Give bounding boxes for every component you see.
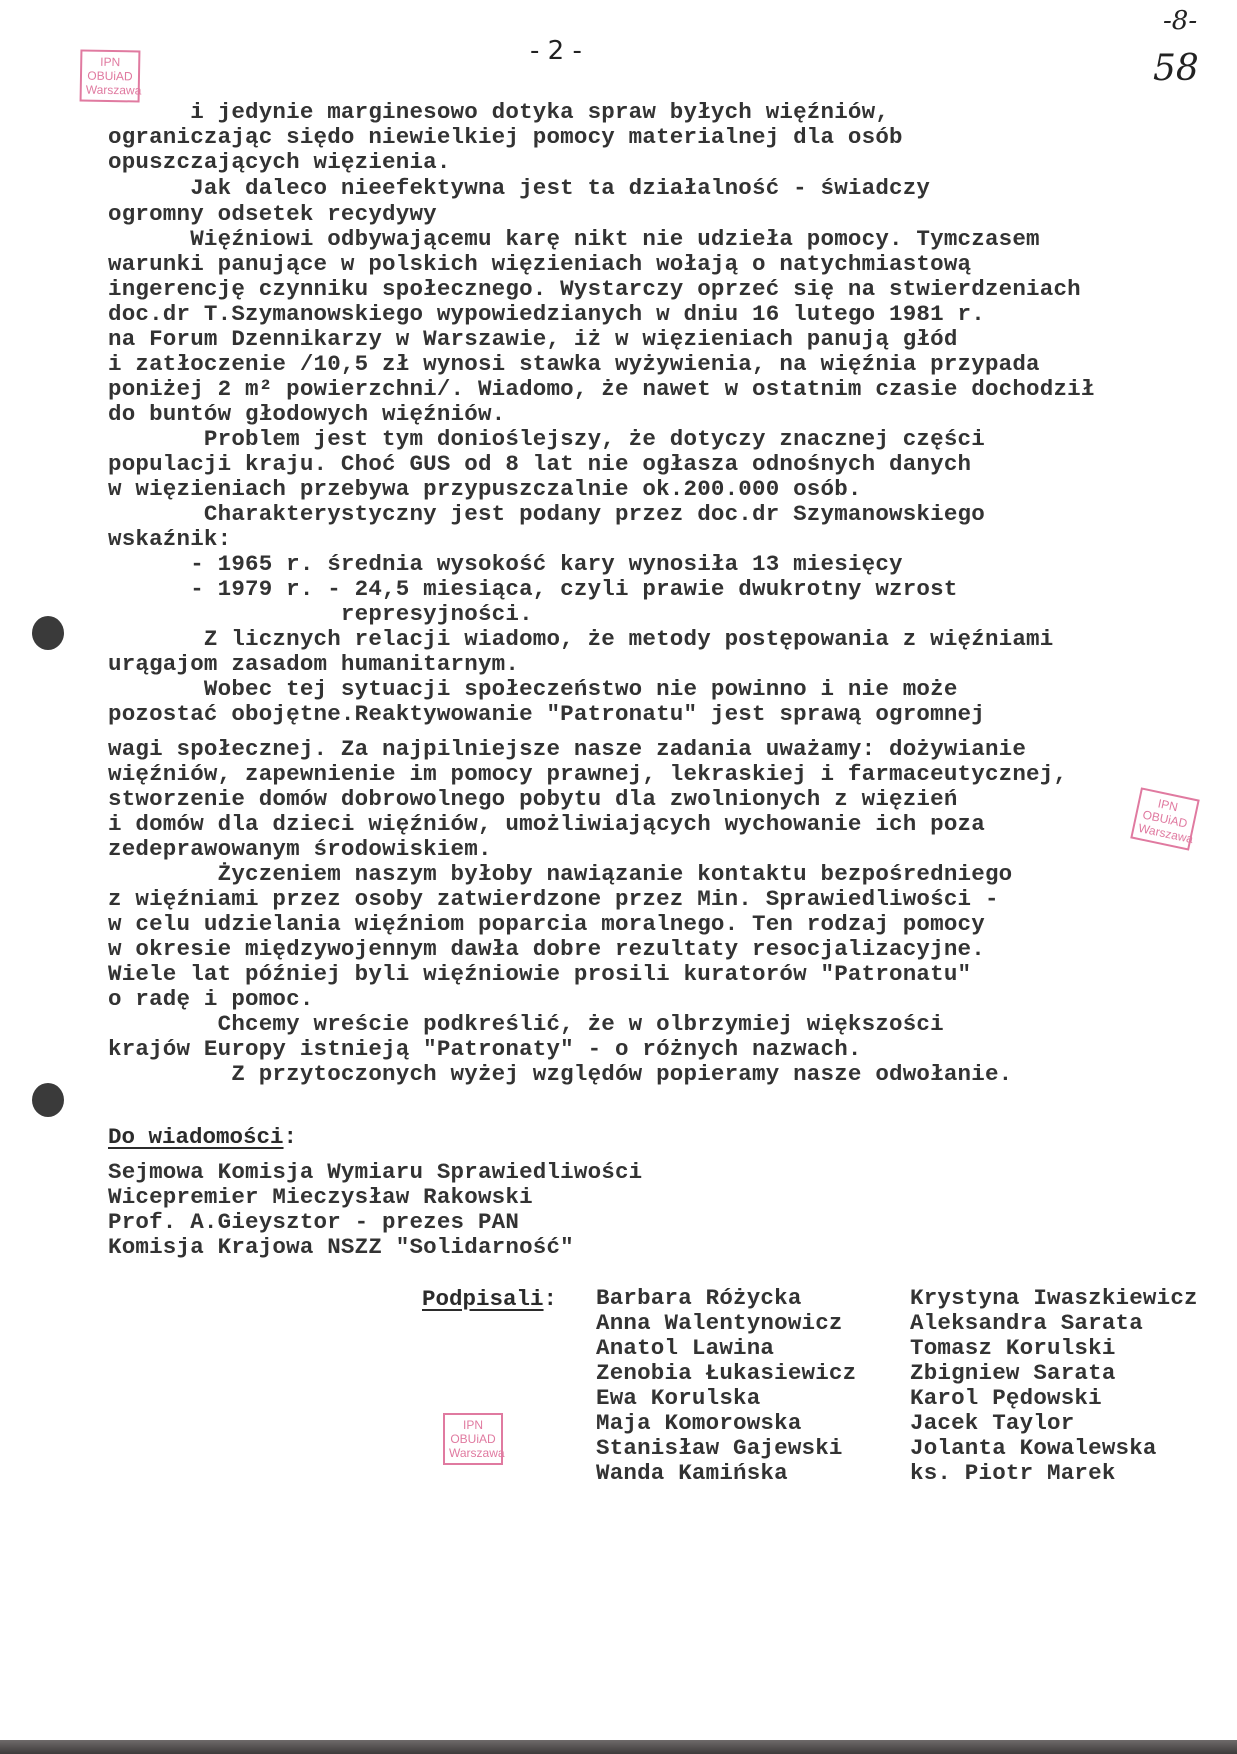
archive-stamp: IPN OBUiAD Warszawa — [1130, 787, 1200, 850]
body-line: Wobec tej sytuacji społeczeństwo nie pow… — [108, 677, 958, 702]
stamp-line: IPN — [449, 1418, 497, 1432]
body-line: warunki panujące w polskich więzieniach … — [108, 252, 971, 277]
signatory: ks. Piotr Marek — [910, 1461, 1198, 1486]
archive-stamp: IPN OBUiAD Warszawa — [443, 1413, 503, 1465]
body-line: więźniów, zapewnienie im pomocy prawnej,… — [108, 762, 1067, 787]
signatory: Jolanta Kowalewska — [910, 1436, 1198, 1461]
signatures-label-colon: : — [544, 1286, 558, 1312]
page-number: - 2 - — [530, 36, 582, 66]
body-line: ograniczając siędo niewielkiej pomocy ma… — [108, 125, 903, 150]
archive-stamp: IPN OBUiAD Warszawa — [80, 49, 141, 102]
body-line: o radę i pomoc. — [108, 987, 314, 1012]
signatory: Barbara Różycka — [596, 1286, 856, 1311]
body-line: i zatłoczenie /10,5 zł wynosi stawka wyż… — [108, 352, 1040, 377]
signatory: Ewa Korulska — [596, 1386, 856, 1411]
body-line: - 1979 r. - 24,5 miesiąca, czyli prawie … — [108, 577, 958, 602]
body-line: wskaźnik: — [108, 527, 231, 552]
signatures-label-text: Podpisali — [422, 1286, 544, 1312]
body-line: i jedynie marginesowo dotyka spraw byłyc… — [108, 100, 889, 125]
signatory: Tomasz Korulski — [910, 1336, 1198, 1361]
body-line: Charakterystyczny jest podany przez doc.… — [108, 502, 985, 527]
body-line: - 1965 r. średnia wysokość kary wynosiła… — [108, 552, 903, 577]
signatory: Anna Walentynowicz — [596, 1311, 856, 1336]
document-page: - 2 - -8- 58 IPN OBUiAD Warszawa IPN OBU… — [0, 0, 1237, 1754]
body-line: opuszczających więzienia. — [108, 150, 451, 175]
body-line: i domów dla dzieci więźniów, umożliwiają… — [108, 812, 985, 837]
signatures-label: Podpisali: — [422, 1286, 557, 1312]
body-line: Chcemy wreście podkreślić, że w olbrzymi… — [108, 1012, 944, 1037]
body-line: Z licznych relacji wiadomo, że metody po… — [108, 627, 1053, 652]
body-line: z więźniami przez osoby zatwierdzone prz… — [108, 887, 999, 912]
punch-hole — [32, 616, 64, 650]
recipient: Komisja Krajowa NSZZ "Solidarność" — [108, 1235, 642, 1260]
handwritten-folio-mark: -8- — [1163, 6, 1197, 36]
body-line: Życzeniem naszym byłoby nawiązanie konta… — [108, 862, 1012, 887]
signatory: Zenobia Łukasiewicz — [596, 1361, 856, 1386]
body-line: w celu udzielania więźniom poparcia mora… — [108, 912, 985, 937]
body-line: do buntów głodowych więźniów. — [108, 402, 505, 427]
recipient: Prof. A.Gieysztor - prezes PAN — [108, 1210, 642, 1235]
recipient: Sejmowa Komisja Wymiaru Sprawiedliwości — [108, 1160, 642, 1185]
signatory: Wanda Kamińska — [596, 1461, 856, 1486]
body-line: w okresie międzywojennym dawła dobre rez… — [108, 937, 985, 962]
signatory: Aleksandra Sarata — [910, 1311, 1198, 1336]
body-line: krajów Europy istnieją "Patronaty" - o r… — [108, 1037, 862, 1062]
recipient: Wicepremier Mieczysław Rakowski — [108, 1185, 642, 1210]
body-line: pozostać obojętne.Reaktywowanie "Patrona… — [108, 702, 985, 727]
stamp-line: OBUiAD — [449, 1432, 497, 1446]
body-line: Jak daleco nieefektywna jest ta działaln… — [108, 176, 930, 201]
body-line: poniżej 2 m² powierzchni/. Wiadomo, że n… — [108, 377, 1095, 402]
signatory: Stanisław Gajewski — [596, 1436, 856, 1461]
distribution-heading: Do wiadomości: — [108, 1124, 297, 1150]
body-line: Problem jest tym donioślejszy, że dotycz… — [108, 427, 985, 452]
body-line: populacji kraju. Choć GUS od 8 lat nie o… — [108, 452, 971, 477]
body-line: urągajom zasadom humanitarnym. — [108, 652, 519, 677]
signatories-column-1: Barbara Różycka Anna Walentynowicz Anato… — [596, 1286, 856, 1486]
signatory: Krystyna Iwaszkiewicz — [910, 1286, 1198, 1311]
body-line: w więzieniach przebywa przypuszczalnie o… — [108, 477, 862, 502]
stamp-line: Warszawa — [449, 1446, 497, 1460]
signatories-column-2: Krystyna Iwaszkiewicz Aleksandra Sarata … — [910, 1286, 1198, 1486]
distribution-title: Do wiadomości — [108, 1124, 284, 1150]
handwritten-page-number: 58 — [1153, 48, 1199, 89]
distribution-title-colon: : — [284, 1124, 298, 1150]
body-line: ogromny odsetek recydywy — [108, 202, 437, 227]
signatory: Maja Komorowska — [596, 1411, 856, 1436]
body-line: wagi społecznej. Za najpilniejsze nasze … — [108, 737, 1026, 762]
scan-edge — [0, 1740, 1237, 1754]
body-line: zedeprawowanym środowiskiem. — [108, 837, 492, 862]
body-line: represyjności. — [108, 602, 533, 627]
body-line: na Forum Dzennikarzy w Warszawie, iż w w… — [108, 327, 958, 352]
body-line: Z przytoczonych wyżej względów popieramy… — [108, 1062, 1012, 1087]
signatory: Jacek Taylor — [910, 1411, 1198, 1436]
body-line: stworzenie domów dobrowolnego pobytu dla… — [108, 787, 958, 812]
stamp-line: OBUiAD — [86, 69, 134, 84]
body-line: ingerencję czynniku społecznego. Wystarc… — [108, 277, 1081, 302]
stamp-line: IPN — [86, 55, 134, 70]
punch-hole — [32, 1083, 64, 1117]
body-line: Więźniowi odbywającemu karę nikt nie udz… — [108, 227, 1040, 252]
stamp-line: Warszawa — [86, 83, 134, 98]
signatory: Zbigniew Sarata — [910, 1361, 1198, 1386]
body-line: doc.dr T.Szymanowskiego wypowiedzianych … — [108, 302, 985, 327]
distribution-list: Sejmowa Komisja Wymiaru Sprawiedliwości … — [108, 1160, 642, 1260]
body-line: Wiele lat później byli więźniowie prosil… — [108, 962, 971, 987]
signatory: Karol Pędowski — [910, 1386, 1198, 1411]
signatory: Anatol Lawina — [596, 1336, 856, 1361]
